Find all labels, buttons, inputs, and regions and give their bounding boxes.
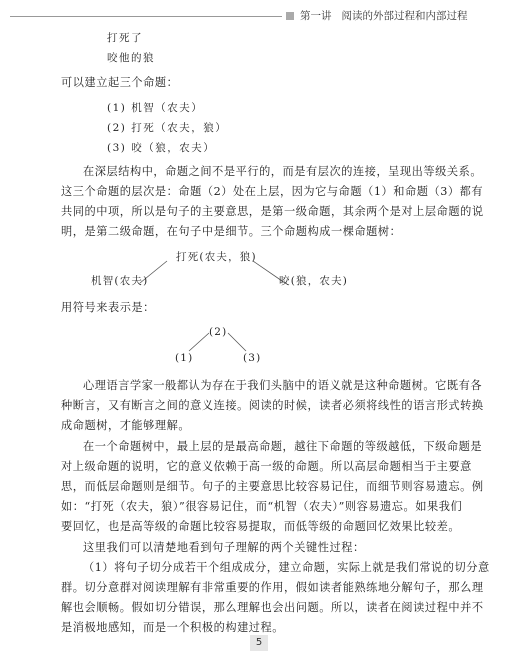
paragraph-line: 在深层结构中，命题之间不是平行的，而是有层次的连接，呈现出等级关系。 [83, 164, 482, 180]
paragraph-line: 群。切分意群对阅读理解有非常重要的作用，假如读者能熟练地分解句子，那么理 [61, 580, 484, 596]
tree-left-node: (1) [175, 351, 193, 365]
paragraph-line: 在一个命题树中，最上层的是最高命题，越往下命题的等级越低，下级命题是 [83, 439, 482, 455]
header-square-marker-icon [286, 12, 294, 20]
paragraph-line: 是消极地感知，而是一个积极的构建过程。 [61, 620, 284, 636]
example-line: 打死了 [107, 30, 143, 46]
paragraph-line: 对上级命题的说明，它的意义依赖于高一级的命题。所以高层命题相当于主要意 [61, 459, 472, 475]
proposition-item: (3) 咬（狼，农夫） [107, 140, 215, 156]
tree-right-node: 咬(狼，农夫) [279, 274, 348, 288]
tree-right-node: (3) [243, 351, 261, 365]
paragraph-line: 种断言，又有断言之间的意义连接。阅读的时候，读者必须将线性的语言形式转换 [61, 398, 484, 414]
running-header: 第一讲 阅读的外部过程和内部过程 [10, 9, 518, 23]
paragraph-line: 共同的中项，所以是句子的主要意思，是第一级命题，其余两个是对上层命题的说 [61, 204, 484, 220]
intro-text: 可以建立起三个命题： [61, 75, 178, 91]
tree-root-node: (2) [209, 325, 227, 339]
paragraph-line: （1）将句子切分成若干个组成成分，建立命题，实际上就是我们常说的切分意 [83, 560, 490, 576]
chapter-label: 第一讲 阅读的外部过程和内部过程 [300, 9, 468, 23]
paragraph-line: 成命题树，才能够理解。 [61, 418, 190, 434]
paragraph-line: 解也会顺畅。假如切分错误，那么理解也会出问题。所以，读者在阅读过程中并不 [61, 600, 484, 616]
proposition-item: (2) 打死（农夫，狼） [107, 120, 227, 136]
paragraph-line: 心理语言学家一般都认为存在于我们头脑中的语义就是这种命题树。它既有各 [83, 378, 482, 394]
proposition-tree: 打死(农夫，狼) 机智(农夫) 咬(狼，农夫) [61, 250, 457, 290]
paragraph-line: 如：“打死（农夫，狼）”很容易记住，而“机智（农夫）”则容易遗忘。如果我们 [61, 499, 462, 515]
paragraph-line: 明，是第二级命题，在句子中是细节。三个命题构成一棵命题树： [61, 224, 401, 240]
paragraph-line: 这里我们可以清楚地看到句子理解的两个关键性过程： [83, 540, 365, 556]
symbol-tree: (2) (1) (3) [61, 325, 457, 365]
header-rule [10, 16, 282, 17]
symbol-intro-text: 用符号来表示是： [61, 300, 155, 316]
paragraph-line: 思，而低层命题则是细节。句子的主要意思比较容易记住，而细节则容易遗忘。例 [61, 479, 484, 495]
tree-left-node: 机智(农夫) [91, 274, 148, 288]
tree-root-node: 打死(农夫，狼) [176, 250, 257, 264]
proposition-item: (1) 机智（农夫） [107, 100, 203, 116]
paragraph-line: 要回忆，也是高等级的命题比较容易提取，而低等级的命题回忆效果比较差。 [61, 519, 460, 535]
page-number: 5 [250, 635, 268, 651]
example-line: 咬他的狼 [107, 50, 155, 66]
paragraph-line: 这三个命题的层次是：命题（2）处在上层，因为它与命题（1）和命题（3）都有 [61, 184, 483, 200]
